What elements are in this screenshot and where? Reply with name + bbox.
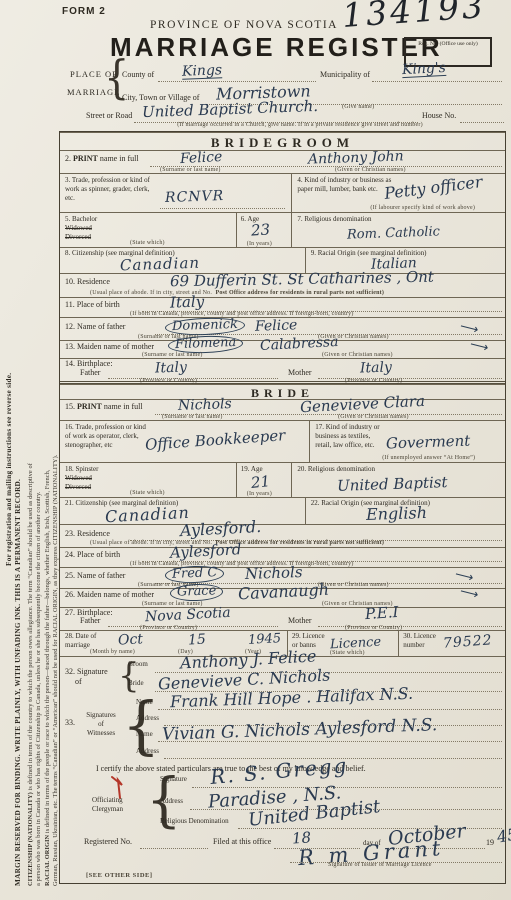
margin-racial-def-2: German, Russian, Ukrainian, etc. The ter… (52, 130, 59, 886)
groom-age-value: 23 (250, 222, 270, 238)
q24-label: 24. Place of birth (65, 550, 120, 560)
witness1-name-label: Name (136, 698, 153, 707)
bride-origin-value: English (365, 505, 427, 523)
groom-sig-label: Groom (128, 660, 148, 669)
q24-note: (If born in Canada, province, county and… (130, 561, 354, 567)
see-other-side-note: [SEE OTHER SIDE] (86, 872, 153, 879)
surname-note: (Surname or last name) (162, 414, 223, 420)
section-bride: BRIDE (60, 384, 505, 400)
issuer-caption: Signature of Issuer of Marriage Licence (328, 862, 432, 868)
county-value: Kings (182, 63, 223, 79)
field-bride-religion: 20. Religious denomination United Baptis… (291, 463, 505, 497)
handwritten-serial-number: 134193 (341, 0, 487, 32)
bride-citizenship-value: Canadian (105, 505, 191, 525)
field-bride-trade: 16. Trade, profession or kind of work as… (60, 421, 309, 462)
q10-label: 10. Residence (65, 277, 110, 287)
register-table: BRIDEGROOM 2. PRINT name in full Felice … (59, 131, 506, 884)
give-name-note: (Give name) (342, 104, 374, 110)
bride-age-value: 21 (250, 474, 271, 491)
groom-religion-value: Rom. Catholic (347, 225, 440, 241)
field-groom-mother: 13. Maiden name of mother Filomena Calab… (60, 341, 505, 359)
in-years-note: (In years) (247, 241, 272, 247)
q5-options: 5. BachelorWidowedDivorced (65, 215, 97, 241)
groom-mother-birthplace: Italy (360, 360, 392, 375)
bride-residence-value: Aylesford. (180, 519, 262, 539)
street-value: United Baptist Church. (142, 99, 318, 120)
municipality-label: Municipality of (320, 70, 370, 80)
field-bride-name: 15. PRINT name in full Nichols Genevieve… (60, 400, 505, 421)
form-number: FORM 2 (62, 6, 106, 17)
q7-label: 7. Religious denomination (297, 215, 371, 224)
field-bride-mother: 26. Maiden name of mother Grace Cavanaug… (60, 589, 505, 608)
field-registration: Registered No. Filed at this office 18 d… (60, 831, 505, 869)
groom-citizenship-value: Canadian (120, 256, 201, 274)
field-groom-residence: 10. Residence 69 Dufferin St. St Cathari… (60, 274, 505, 298)
margin-note-binding: MARGIN RESERVED FOR BINDING. WRITE PLAIN… (14, 130, 22, 886)
witness2-address-label: Address (136, 747, 159, 756)
surname-note: (Surname or last name) (142, 352, 203, 358)
county-label: County of (122, 70, 154, 80)
street-note: (If marriage occurred in a Church, give … (95, 122, 505, 128)
field-groom-age: 6. Age 23 (In years) (236, 213, 292, 247)
bride-father-birthplace: Nova Scotia (145, 606, 231, 624)
field-bride-marital-status: 18. SpinsterWidowedDivorced (State which… (60, 463, 236, 497)
officiating-label-2: Clergyman (92, 805, 123, 814)
bride-sig-label: Bride (128, 679, 144, 688)
filed-day-value: 18 (292, 830, 312, 846)
q12-label: 12. Name of father (65, 322, 125, 332)
q33-no: 33. (65, 718, 75, 728)
groom-mother-given: Calabressa (260, 335, 339, 353)
citizenship-rest: is defined in terms of the country to wh… (27, 463, 34, 792)
hand-arrow-icon: ⟶ (468, 336, 490, 356)
q20-label: 20. Religious denomination (297, 465, 375, 474)
licence-or-banns-value: Licence (330, 636, 382, 652)
q16-label: 16. Trade, profession or kind of work as… (65, 423, 150, 449)
margin-racial-def-1: RACIAL ORIGIN is defined in terms of the… (44, 130, 51, 886)
given-note: (Given or Christian names) (335, 167, 406, 173)
year-prefix: 19 (486, 838, 494, 848)
filed-label: Filed at this office (213, 837, 271, 847)
field-bride-industry: 17. Kind of industry or business as text… (309, 421, 505, 462)
field-groom-status-age-religion: 5. BachelorWidowedDivorced (State which)… (60, 213, 505, 248)
clergy-denomination-label: Religious Denomination (160, 817, 229, 826)
house-no-label: House No. (422, 111, 456, 121)
witness2-name-label: Name (136, 730, 153, 739)
clergy-signature-label: Signature (160, 775, 187, 784)
field-bride-status-age-religion: 18. SpinsterWidowedDivorced (State which… (60, 463, 505, 498)
bride-mother-given: Cavanaugh (238, 582, 330, 603)
margin-citizenship-def-1: CITIZENSHIP (NATIONALITY) is defined in … (27, 130, 34, 886)
groom-father-birthplace: Italy (155, 360, 187, 375)
hand-arrow-icon: ⟶ (458, 318, 480, 338)
bride-birthplace-value: Aylesford (170, 542, 242, 561)
in-years-note: (In years) (247, 491, 272, 497)
groom-residence-value: 69 Dufferin St. St Catharines , Ont (170, 270, 434, 290)
q11-label: 11. Place of birth (65, 300, 120, 310)
q11-note: (If born in Canada, province, county and… (130, 311, 354, 317)
state-which-note: (State which) (130, 240, 165, 246)
field-groom-trade-industry: 3. Trade, profession or kind of work as … (60, 174, 505, 213)
street-label: Street or Road (86, 111, 132, 121)
margin-citizenship-def-2: a person who was born in Canada or who h… (35, 130, 42, 886)
field-bride-residence: 23. Residence Aylesford. (Usual place of… (60, 525, 505, 548)
q18-options: 18. SpinsterWidowedDivorced (65, 465, 98, 491)
state-which-note: (State which) (130, 490, 165, 496)
state-which-note: (State which) (330, 650, 365, 656)
q25-label: 25. Name of father (65, 571, 125, 581)
margin-note-mailing: For registration and mailing instruction… (5, 130, 13, 566)
bride-industry-value: Goverment (386, 434, 471, 452)
q30-label: 30. Licence number (403, 632, 439, 650)
q2-label: 2. PRINT name in full (65, 154, 139, 164)
given-note: (Given or Christian names) (322, 352, 393, 358)
q15-label: 15. PRINT name in full (65, 402, 143, 412)
field-bride-age: 19. Age 21 (In years) (236, 463, 292, 497)
document-title: MARRIAGE REGISTER (110, 32, 443, 63)
bride-father-given: Nichols (245, 565, 303, 582)
field-groom-name: 2. PRINT name in full Felice Anthony Joh… (60, 151, 505, 174)
field-groom-parents-birthplace: 14. Birthplace: Father Italy (Province o… (60, 359, 505, 384)
q3-label: 3. Trade, profession or kind of work as … (65, 176, 157, 202)
reg-no-box-label: Reg. No. (Office use only) (406, 39, 490, 49)
surname-note: (Surname or last name) (160, 167, 221, 173)
q13-label: 13. Maiden name of mother (65, 342, 154, 352)
field-groom-religion: 7. Religious denomination Rom. Catholic (291, 213, 505, 247)
marriage-year-value: 1945 (248, 632, 282, 647)
province-heading: PROVINCE OF NOVA SCOTIA (150, 19, 338, 31)
hand-arrow-icon: ⟶ (458, 583, 480, 603)
dotted-line (372, 80, 502, 82)
q23-label: 23. Residence (65, 529, 110, 539)
registered-no-label: Registered No. (84, 837, 132, 847)
racial-term: RACIAL ORIGIN (44, 835, 51, 886)
q4-note: (If labourer specify kind of work above) (370, 205, 475, 211)
bride-religion-value: United Baptist (337, 475, 448, 494)
groom-given-value: Anthony John (308, 149, 404, 166)
clergy-address-label: Address (160, 797, 183, 806)
bride-mother-surname: Grace (170, 583, 224, 602)
marriage-register-document: For registration and mailing instruction… (0, 0, 511, 900)
bride-trade-value: Office Bookkeeper (145, 428, 286, 453)
father-label: Father (80, 368, 100, 378)
field-signatures-witnesses: 33. SignaturesofWitnesses { Name Frank H… (60, 696, 505, 761)
officiating-label-1: Officiating (92, 796, 123, 805)
field-groom-citizenship: 8. Citizenship (see marginal definition)… (60, 248, 305, 273)
field-groom-birthplace: 11. Place of birth Italy (If born in Can… (60, 298, 505, 318)
groom-trade-value: RCNVR (165, 189, 225, 205)
bride-surname-value: Nichols (178, 397, 232, 413)
municipality-value: King's (402, 61, 447, 78)
field-bride-trade-industry: 16. Trade, profession or kind of work as… (60, 421, 505, 463)
bride-mother-birthplace: P.E.I (365, 605, 399, 622)
field-groom-industry: 4. Kind of industry or business as paper… (291, 174, 505, 212)
filed-year-value: 45 (496, 826, 511, 845)
marriage-day-value: 15 (188, 633, 207, 648)
q33-label: SignaturesofWitnesses (78, 711, 124, 737)
field-groom-trade: 3. Trade, profession or kind of work as … (60, 174, 291, 212)
q32-label: 32. Signature of (65, 667, 115, 686)
field-bride-parents-birthplace: 27. Birthplace: Father Nova Scotia (Prov… (60, 608, 505, 631)
groom-birthplace-value: Italy (170, 294, 205, 310)
month-note: (Month by name) (90, 649, 135, 655)
marriage-month-value: Oct (118, 632, 144, 647)
q17-note: (If unemployed answer “At Home”) (382, 455, 475, 461)
q28-label: 28. Date of marriage (65, 632, 105, 650)
q26-label: 26. Maiden name of mother (65, 590, 154, 600)
field-bride-citizenship-origin: 21. Citizenship (see marginal definition… (60, 498, 505, 525)
witness1-address-label: Address (136, 714, 159, 723)
racial-rest: is defined in terms of the people or rac… (44, 469, 51, 834)
section-bridegroom: BRIDEGROOM (60, 132, 505, 151)
mother-label: Mother (288, 368, 312, 378)
field-licence-number: 30. Licence number 79522 (398, 631, 505, 656)
q17-label: 17. Kind of industry or business as text… (315, 423, 385, 449)
groom-industry-value: Petty officer (384, 174, 484, 202)
field-officiating-clergyman: I certify the above stated particulars a… (60, 761, 505, 831)
mother-label: Mother (288, 616, 312, 626)
groom-father-given: Felice (255, 318, 298, 333)
field-bride-racial-origin: 22. Racial Origin (see marginal definiti… (305, 498, 505, 524)
dotted-line (160, 207, 285, 209)
father-label: Father (80, 616, 100, 626)
q4-label: 4. Kind of industry or business as paper… (297, 176, 392, 194)
dotted-line (140, 847, 208, 849)
given-note: (Given or Christian names) (338, 414, 409, 420)
field-groom-marital-status: 5. BachelorWidowedDivorced (State which) (60, 213, 236, 247)
licence-number-value: 79522 (443, 633, 493, 650)
q10-note: (Usual place of abode. If in city, stree… (90, 290, 384, 296)
citizenship-term: CITIZENSHIP (NATIONALITY) (27, 792, 34, 886)
groom-surname-value: Felice (180, 150, 223, 166)
